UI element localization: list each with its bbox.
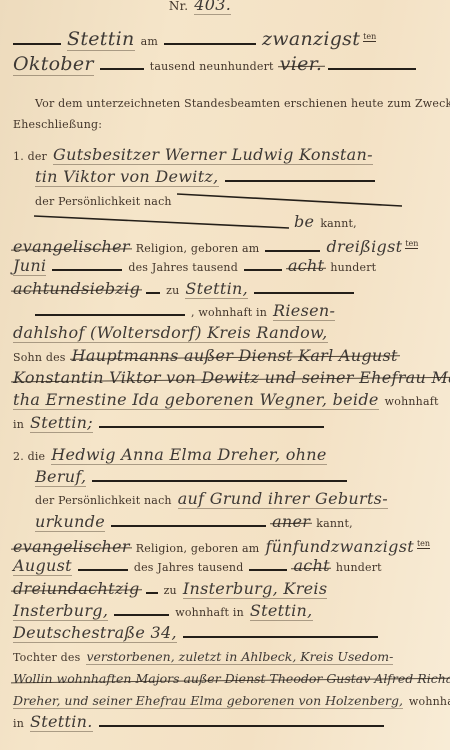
ordinal-superscript: ten	[363, 32, 376, 42]
blank-rule	[92, 480, 347, 482]
blank-rule	[100, 68, 144, 70]
handwritten-text: acht	[288, 256, 324, 275]
handwritten-text: Wollin wohnhaften Majors außer Dienst Th…	[13, 671, 450, 686]
printed-text: wohnhaft	[385, 395, 439, 408]
ordinal-superscript: ten	[417, 539, 430, 549]
blank-rule	[114, 614, 169, 616]
document-line: Nr.403.	[10, 0, 440, 12]
handwritten-text: Stettin.	[30, 712, 93, 732]
document-line: 1. derGutsbesitzer Werner Ludwig Konstan…	[10, 144, 440, 166]
document-line: Tochter desverstorbenen, zuletzt in Ahlb…	[10, 645, 440, 667]
document-line: dreiundachtzigzuInsterburg, Kreis	[10, 578, 440, 600]
printed-text: tausend neunhundert	[150, 60, 274, 73]
ordinal-superscript: ten	[405, 239, 418, 249]
handwritten-text: be	[294, 212, 314, 231]
document-line: achtundsiebzigzuStettin,	[10, 278, 440, 300]
document-line: Oktobertausend neunhundertvier.	[10, 51, 440, 78]
handwritten-text: Insterburg, Kreis	[183, 579, 328, 599]
printed-text: zu	[166, 284, 179, 297]
handwritten-text: Deutschestraße 34,	[13, 623, 177, 643]
blank-rule	[78, 569, 128, 571]
handwritten-text: vier.	[280, 53, 323, 75]
blank-rule	[146, 592, 158, 594]
document-line: Wollin wohnhaften Majors außer Dienst Th…	[10, 667, 440, 689]
document-line: tha Ernestine Ida geborenen Wegner, beid…	[10, 389, 440, 411]
date-block: StettinamzwanzigsttenOktobertausend neun…	[10, 24, 440, 78]
document-line: Dreher, und seiner Ehefrau Elma geborene…	[10, 689, 440, 711]
printed-text: des Jahres tausend	[128, 261, 238, 274]
printed-text: der Persönlichkeit nach	[35, 494, 172, 507]
handwritten-text: Stettin,	[250, 601, 313, 621]
printed-text: wohnhaft	[409, 695, 450, 708]
handwritten-text: Hedwig Anna Elma Dreher, ohne	[51, 445, 326, 465]
handwritten-text: Beruf,	[35, 467, 86, 487]
handwritten-text: 403.	[194, 0, 231, 15]
printed-text: kannt,	[316, 517, 353, 530]
handwritten-text: dreiundachtzig	[13, 579, 140, 598]
printed-text: kannt,	[320, 217, 357, 230]
handwritten-text: achtundsiebzig	[13, 279, 140, 298]
document-line: inStettin;	[10, 412, 440, 434]
handwritten-text: acht	[293, 556, 329, 575]
printed-text: Eheschließung:	[13, 118, 102, 131]
printed-text: Vor dem unterzeichneten Standesbeamten e…	[35, 97, 450, 110]
document-line: bekannt,	[10, 211, 440, 233]
handwritten-text: aner	[272, 512, 310, 531]
printed-text: Sohn des	[13, 351, 66, 364]
printed-text: in	[13, 418, 24, 431]
handwritten-text: dahlshof (Woltersdorf) Kreis Randow,	[13, 323, 328, 343]
printed-text: des Jahres tausend	[134, 561, 244, 574]
printed-text: Nr.	[169, 0, 188, 13]
document-line: evangelischerReligion, geboren amdreißig…	[10, 233, 440, 255]
handwritten-text: zwanzigst	[262, 28, 360, 50]
printed-text: Tochter des	[13, 651, 80, 664]
blank-rule	[52, 269, 122, 271]
intro-paragraph: Vor dem unterzeichneten Standesbeamten e…	[10, 92, 440, 134]
blank-rule	[35, 314, 185, 316]
blank-rule	[111, 525, 266, 527]
document-page: Nr.403.StettinamzwanzigsttenOktobertause…	[0, 0, 450, 750]
handwritten-text: Insterburg,	[13, 601, 108, 621]
printed-text: hundert	[336, 561, 382, 574]
document-line: Deutschestraße 34,	[10, 622, 440, 644]
handwritten-text: Stettin,	[185, 279, 248, 299]
handwritten-text: tin Viktor von Dewitz,	[35, 167, 219, 187]
handwritten-text: verstorbenen, zuletzt in Ahlbeck, Kreis …	[86, 649, 393, 665]
blank-rule	[265, 250, 320, 252]
document-line: inStettin.	[10, 711, 440, 733]
groom-section: 1. derGutsbesitzer Werner Ludwig Konstan…	[10, 144, 440, 434]
document-line: 2. dieHedwig Anna Elma Dreher, ohne	[10, 444, 440, 466]
document-line: Vor dem unterzeichneten Standesbeamten e…	[10, 92, 440, 113]
handwritten-text: Gutsbesitzer Werner Ludwig Konstan-	[53, 145, 373, 165]
handwritten-text: evangelischer	[13, 537, 130, 556]
handwritten-text: auf Grund ihrer Geburts-	[178, 489, 388, 509]
document-line: dahlshof (Woltersdorf) Kreis Randow,	[10, 322, 440, 344]
document-line: tin Viktor von Dewitz,	[10, 166, 440, 188]
blank-rule	[244, 269, 282, 271]
blank-rule	[99, 725, 384, 727]
document-line: evangelischerReligion, geboren amfünfund…	[10, 533, 440, 555]
document-line: Insterburg,wohnhaft inStettin,	[10, 600, 440, 622]
blank-rule	[249, 569, 287, 571]
blank-rule	[225, 180, 375, 182]
blank-rule	[183, 636, 378, 638]
handwritten-text: dreißigst	[326, 237, 402, 256]
printed-text: , wohnhaft in	[191, 306, 267, 319]
document-line: Junides Jahres tausendachthundert	[10, 255, 440, 277]
blank-rule	[99, 426, 324, 428]
registry-number: Nr.403.	[10, 0, 440, 12]
document-line: Konstantin Viktor von Dewitz und seiner …	[10, 367, 440, 389]
document-line: Eheschließung:	[10, 113, 440, 134]
handwritten-text: Dreher, und seiner Ehefrau Elma geborene…	[13, 693, 403, 709]
handwritten-text: tha Ernestine Ida geborenen Wegner, beid…	[13, 390, 379, 410]
printed-text: hundert	[330, 261, 376, 274]
handwritten-text: August	[13, 556, 72, 576]
handwritten-text: evangelischer	[13, 237, 130, 256]
handwritten-text: fünfundzwanzigst	[265, 537, 414, 556]
printed-text: der Persönlichkeit nach	[35, 195, 172, 208]
handwritten-text: Konstantin Viktor von Dewitz und seiner …	[13, 368, 450, 387]
printed-text: Religion, geboren am	[136, 542, 260, 555]
blank-rule	[146, 292, 160, 294]
document-line: Augustdes Jahres tausendachthundert	[10, 555, 440, 577]
document-line: der Persönlichkeit nachauf Grund ihrer G…	[10, 488, 440, 510]
printed-text: in	[13, 717, 24, 730]
bride-section: 2. dieHedwig Anna Elma Dreher, ohneBeruf…	[10, 444, 440, 734]
handwritten-text: Stettin;	[30, 413, 93, 433]
printed-text: zu	[164, 584, 177, 597]
blank-rule	[13, 43, 61, 45]
blank-rule	[254, 292, 354, 294]
handwritten-text: Stettin	[67, 28, 135, 51]
document-line: Sohn desHauptmanns außer Dienst Karl Aug…	[10, 345, 440, 367]
printed-text: am	[141, 35, 158, 48]
document-line: der Persönlichkeit nach	[10, 189, 440, 211]
document-line: urkundeanerkannt,	[10, 511, 440, 533]
printed-text: wohnhaft in	[175, 606, 244, 619]
handwritten-text: urkunde	[35, 512, 105, 532]
handwritten-text: Riesen-	[273, 301, 335, 321]
handwritten-text: Hauptmanns außer Dienst Karl August	[72, 346, 398, 365]
blank-rule	[164, 43, 256, 45]
handwritten-text: Oktober	[13, 53, 94, 76]
document-line: Stettinamzwanzigstten	[10, 24, 440, 51]
document-line: , wohnhaft inRiesen-	[10, 300, 440, 322]
document-line: Beruf,	[10, 466, 440, 488]
printed-text: 2. die	[13, 450, 45, 463]
handwritten-text: Juni	[13, 256, 46, 276]
printed-text: 1. der	[13, 150, 47, 163]
blank-rule	[328, 68, 416, 70]
printed-text: Religion, geboren am	[136, 242, 260, 255]
